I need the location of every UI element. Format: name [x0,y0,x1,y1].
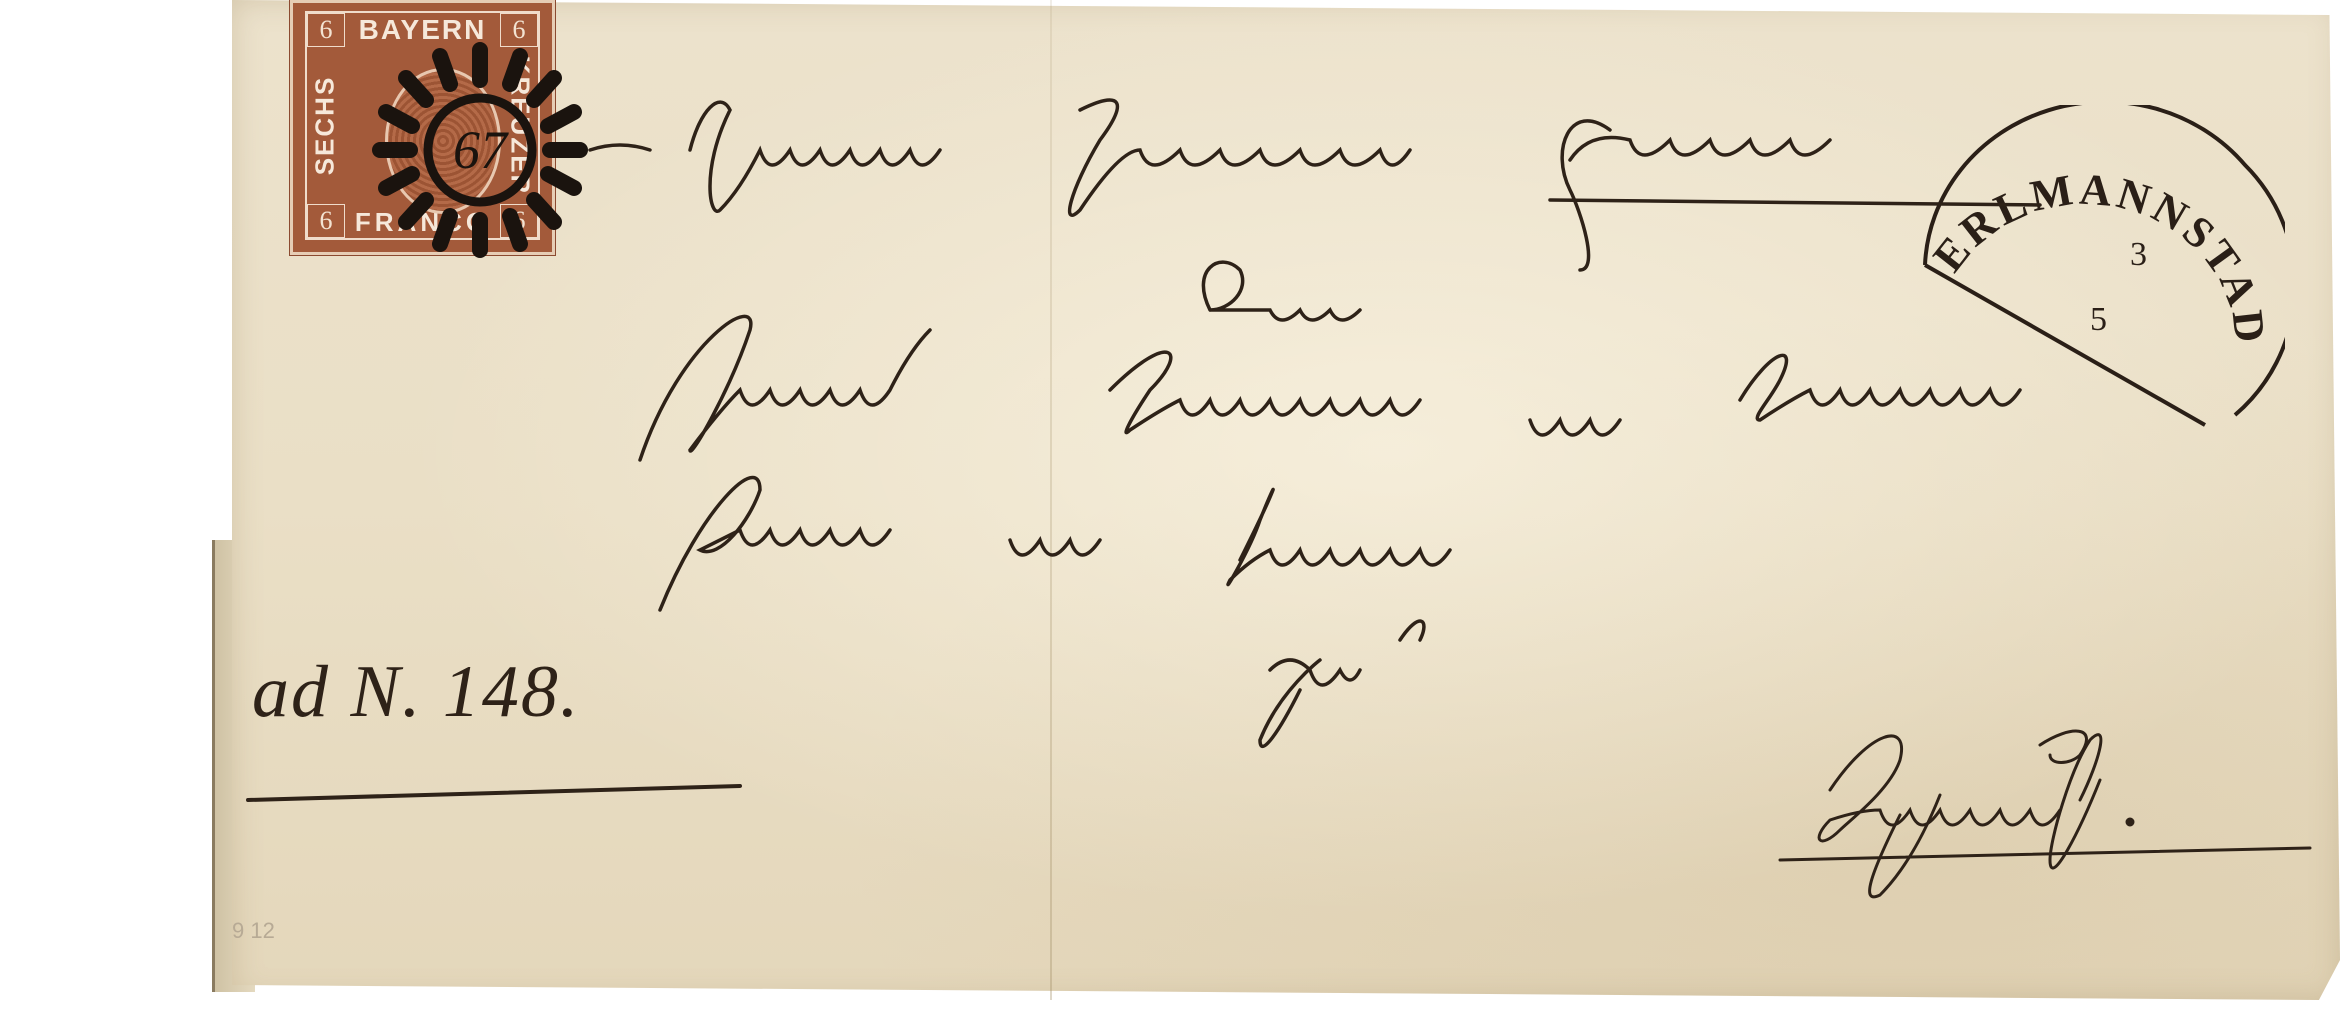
handwritten-address [0,0,2349,1016]
reference-number-note: ad N. 148. [252,650,580,735]
pencil-mark: 9 12 [232,918,275,944]
